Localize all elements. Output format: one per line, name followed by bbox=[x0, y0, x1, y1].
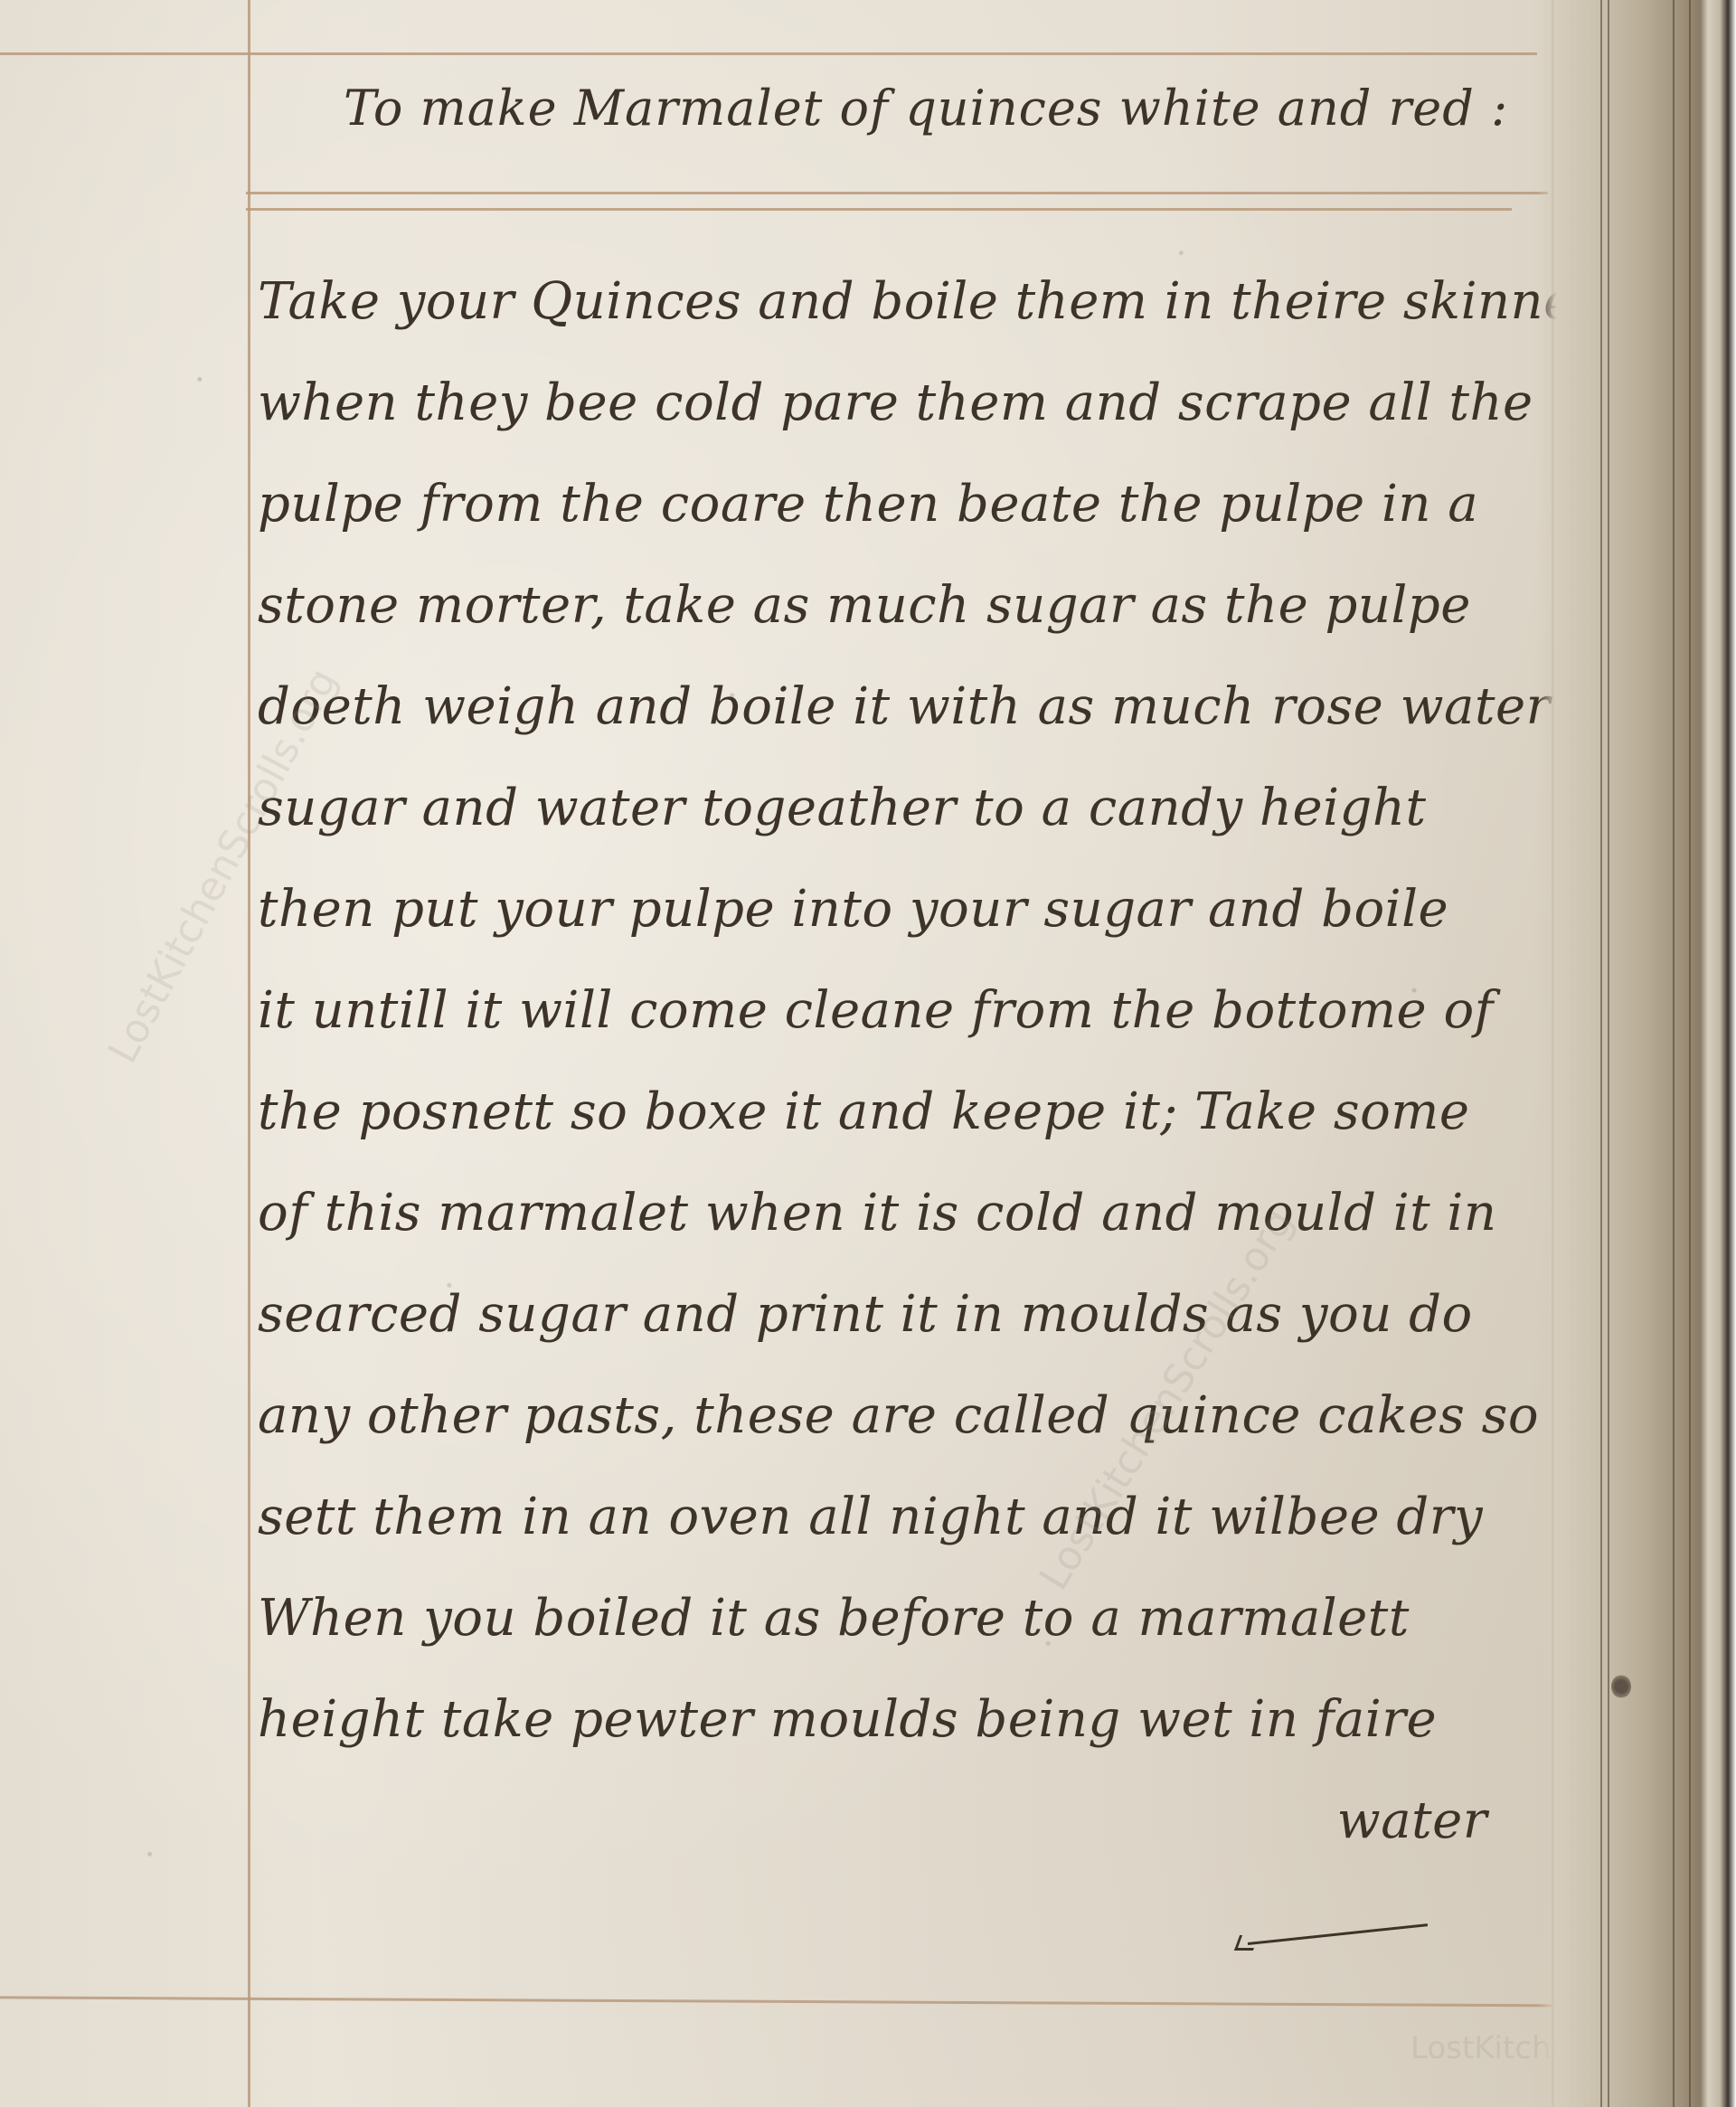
text-line: doeth weigh and boile it with as much ro… bbox=[258, 657, 1551, 758]
leaf-edge-line bbox=[1600, 0, 1602, 2107]
text-line: stone morter, take as much sugar as the … bbox=[258, 555, 1551, 657]
recipe-title: To make Marmalet of quinces white and re… bbox=[344, 80, 1519, 137]
paper-hole bbox=[1611, 1675, 1631, 1698]
recipe-body: Take your Quinces and boile them in thei… bbox=[258, 251, 1551, 1872]
text-line: pulpe from the coare then beate the pulp… bbox=[258, 454, 1551, 555]
text-line: then put your pulpe into your sugar and … bbox=[258, 859, 1551, 960]
text-line: sugar and water togeather to a candy hei… bbox=[258, 758, 1551, 859]
text-line: any other pasts, these are called quince… bbox=[258, 1365, 1551, 1467]
text-line: the posnett so boxe it and keepe it; Tak… bbox=[258, 1062, 1551, 1163]
bottom-rule bbox=[0, 1996, 1591, 2007]
text-line: searced sugar and print it in moulds as … bbox=[258, 1264, 1551, 1365]
header-rule-2 bbox=[246, 208, 1512, 211]
text-line: it untill it will come cleane from the b… bbox=[258, 960, 1551, 1062]
text-line: of this marmalet when it is cold and mou… bbox=[258, 1163, 1551, 1264]
manuscript-page: To make Marmalet of quinces white and re… bbox=[0, 0, 1664, 2107]
text-line: Take your Quinces and boile them in thei… bbox=[258, 251, 1551, 353]
leaf-edge-line bbox=[1608, 0, 1609, 2107]
catchword-underline bbox=[1248, 1923, 1428, 1945]
top-rule bbox=[0, 52, 1537, 55]
text-line: sett them in an oven all night and it wi… bbox=[258, 1467, 1551, 1568]
header-rule-1 bbox=[246, 192, 1548, 194]
book-fore-edge bbox=[1537, 0, 1736, 2107]
left-margin-rule bbox=[248, 0, 250, 2107]
leaf-edge-line bbox=[1689, 0, 1691, 2107]
catchword: water bbox=[258, 1771, 1551, 1872]
leaf-edge-line bbox=[1673, 0, 1675, 2107]
text-line: when they bee cold pare them and scrape … bbox=[258, 353, 1551, 454]
text-line: height take pewter moulds being wet in f… bbox=[258, 1669, 1551, 1771]
text-line: When you boiled it as before to a marmal… bbox=[258, 1568, 1551, 1669]
